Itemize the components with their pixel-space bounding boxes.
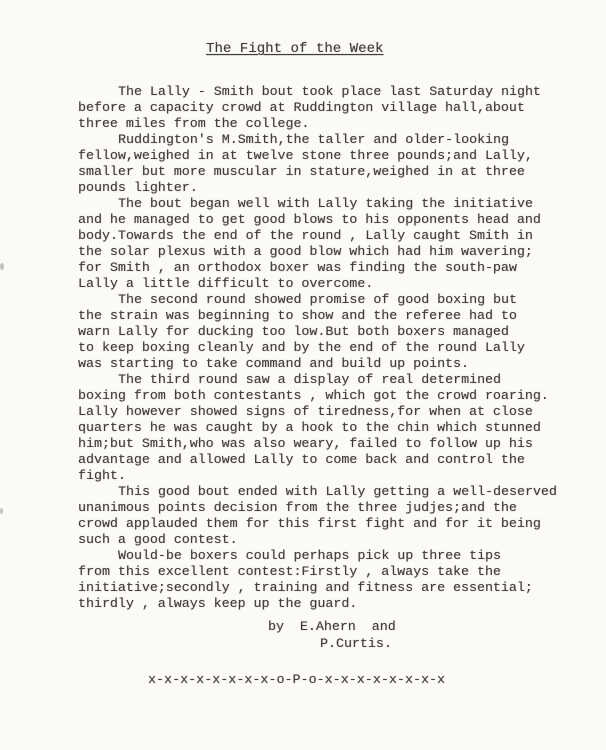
document-body: The Lally - Smith bout took place last S… <box>78 84 578 612</box>
byline-author-2: P.Curtis. <box>320 636 392 652</box>
paragraph-round-three: The third round saw a display of real de… <box>78 372 578 484</box>
scanned-document-page: The Fight of the Week The Lally - Smith … <box>0 0 606 750</box>
footer-ornament: x-x-x-x-x-x-x-x-o-P-o-x-x-x-x-x-x-x-x <box>148 672 445 688</box>
scan-speck <box>0 508 3 514</box>
byline-author-1: by E.Ahern and <box>268 619 396 635</box>
paragraph-intro-bout: The Lally - Smith bout took place last S… <box>78 84 578 132</box>
scan-speck <box>0 263 4 270</box>
document-title: The Fight of the Week <box>206 40 383 58</box>
paragraph-round-one: The bout began well with Lally taking th… <box>78 196 578 292</box>
paragraph-round-two: The second round showed promise of good … <box>78 292 578 372</box>
paragraph-weigh-in: Ruddington's M.Smith,the taller and olde… <box>78 132 578 196</box>
paragraph-tips: Would-be boxers could perhaps pick up th… <box>78 548 578 612</box>
paragraph-decision: This good bout ended with Lally getting … <box>78 484 578 548</box>
